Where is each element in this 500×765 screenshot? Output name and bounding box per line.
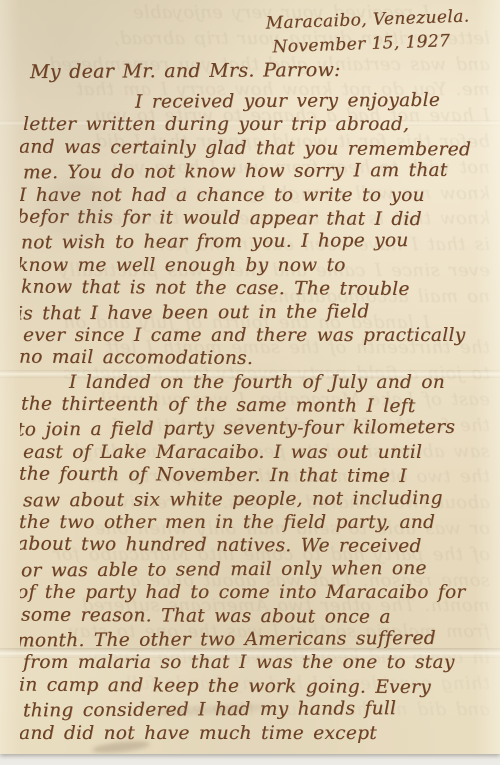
handwriting-line: and was certainly glad that you remember… xyxy=(20,135,485,161)
handwriting-line: some reason. That was about once a xyxy=(21,603,486,629)
handwriting-line: know me well enough by now to xyxy=(20,254,483,277)
handwriting-line: month. The other two Americans suffered xyxy=(20,627,483,653)
handwriting-line: I landed on the fourth of July and on xyxy=(20,371,483,394)
handwriting-line: saw about six white people, not includin… xyxy=(23,486,486,512)
handwriting-line: is that I have been out in the field xyxy=(20,299,483,325)
letter-paragraph: I received your very enjoyableletter wri… xyxy=(20,90,486,371)
handwriting-line: ever since I came and there was practica… xyxy=(23,324,486,347)
letter-page: I received your very enjoyableletter wri… xyxy=(0,0,500,754)
handwriting-line: know that is not the case. The trouble xyxy=(21,276,486,302)
handwriting-line: to join a field party seventy-four kilom… xyxy=(20,416,483,442)
handwriting-line: and did not have much time except xyxy=(20,722,485,745)
letter-heading: Maracaibo, Venezuela. November 15, 1927 xyxy=(265,4,471,59)
letter-body: I received your very enjoyableletter wri… xyxy=(20,90,486,754)
letter-salutation: My dear Mr. and Mrs. Parrow: xyxy=(30,59,341,83)
handwriting-line: not wish to hear from you. I hope you xyxy=(21,229,486,255)
handwriting-line: befor this for it would appear that I di… xyxy=(20,206,483,232)
letter-paragraph: I landed on the fourth of July and onthe… xyxy=(20,371,486,745)
scanned-letter: { "letter": { "heading": { "place": "Mar… xyxy=(0,0,500,765)
handwriting-line: from malaria so that I was the one to st… xyxy=(23,651,486,674)
handwriting-line: I have not had a chance to write to you xyxy=(20,184,485,207)
handwriting-line: the thirteenth of the same month I left xyxy=(21,393,486,419)
handwriting-line: or was able to send mail only when one xyxy=(21,556,486,582)
handwriting-line: thing considered I had my hands full xyxy=(23,697,486,723)
handwriting-line: me. You do not know how sorry I am that xyxy=(23,159,486,185)
handwriting-line: east of Lake Maracaibo. I was out until xyxy=(23,441,486,464)
handwriting-line: letter written during your trip abroad, xyxy=(23,113,486,136)
handwriting-line: about two hundred natives. We received xyxy=(20,533,483,559)
handwriting-line: I received your very enjoyable xyxy=(20,90,483,115)
handwriting-line: of the party had to come into Maracaibo … xyxy=(20,581,483,604)
handwriting-line: the fourth of November. In that time I xyxy=(20,463,485,489)
handwriting-line: in camp and keep the work going. Every xyxy=(20,673,485,699)
handwriting-line: the two other men in the field party, an… xyxy=(20,511,485,534)
handwriting-line: no mail accomodations. xyxy=(20,346,485,372)
